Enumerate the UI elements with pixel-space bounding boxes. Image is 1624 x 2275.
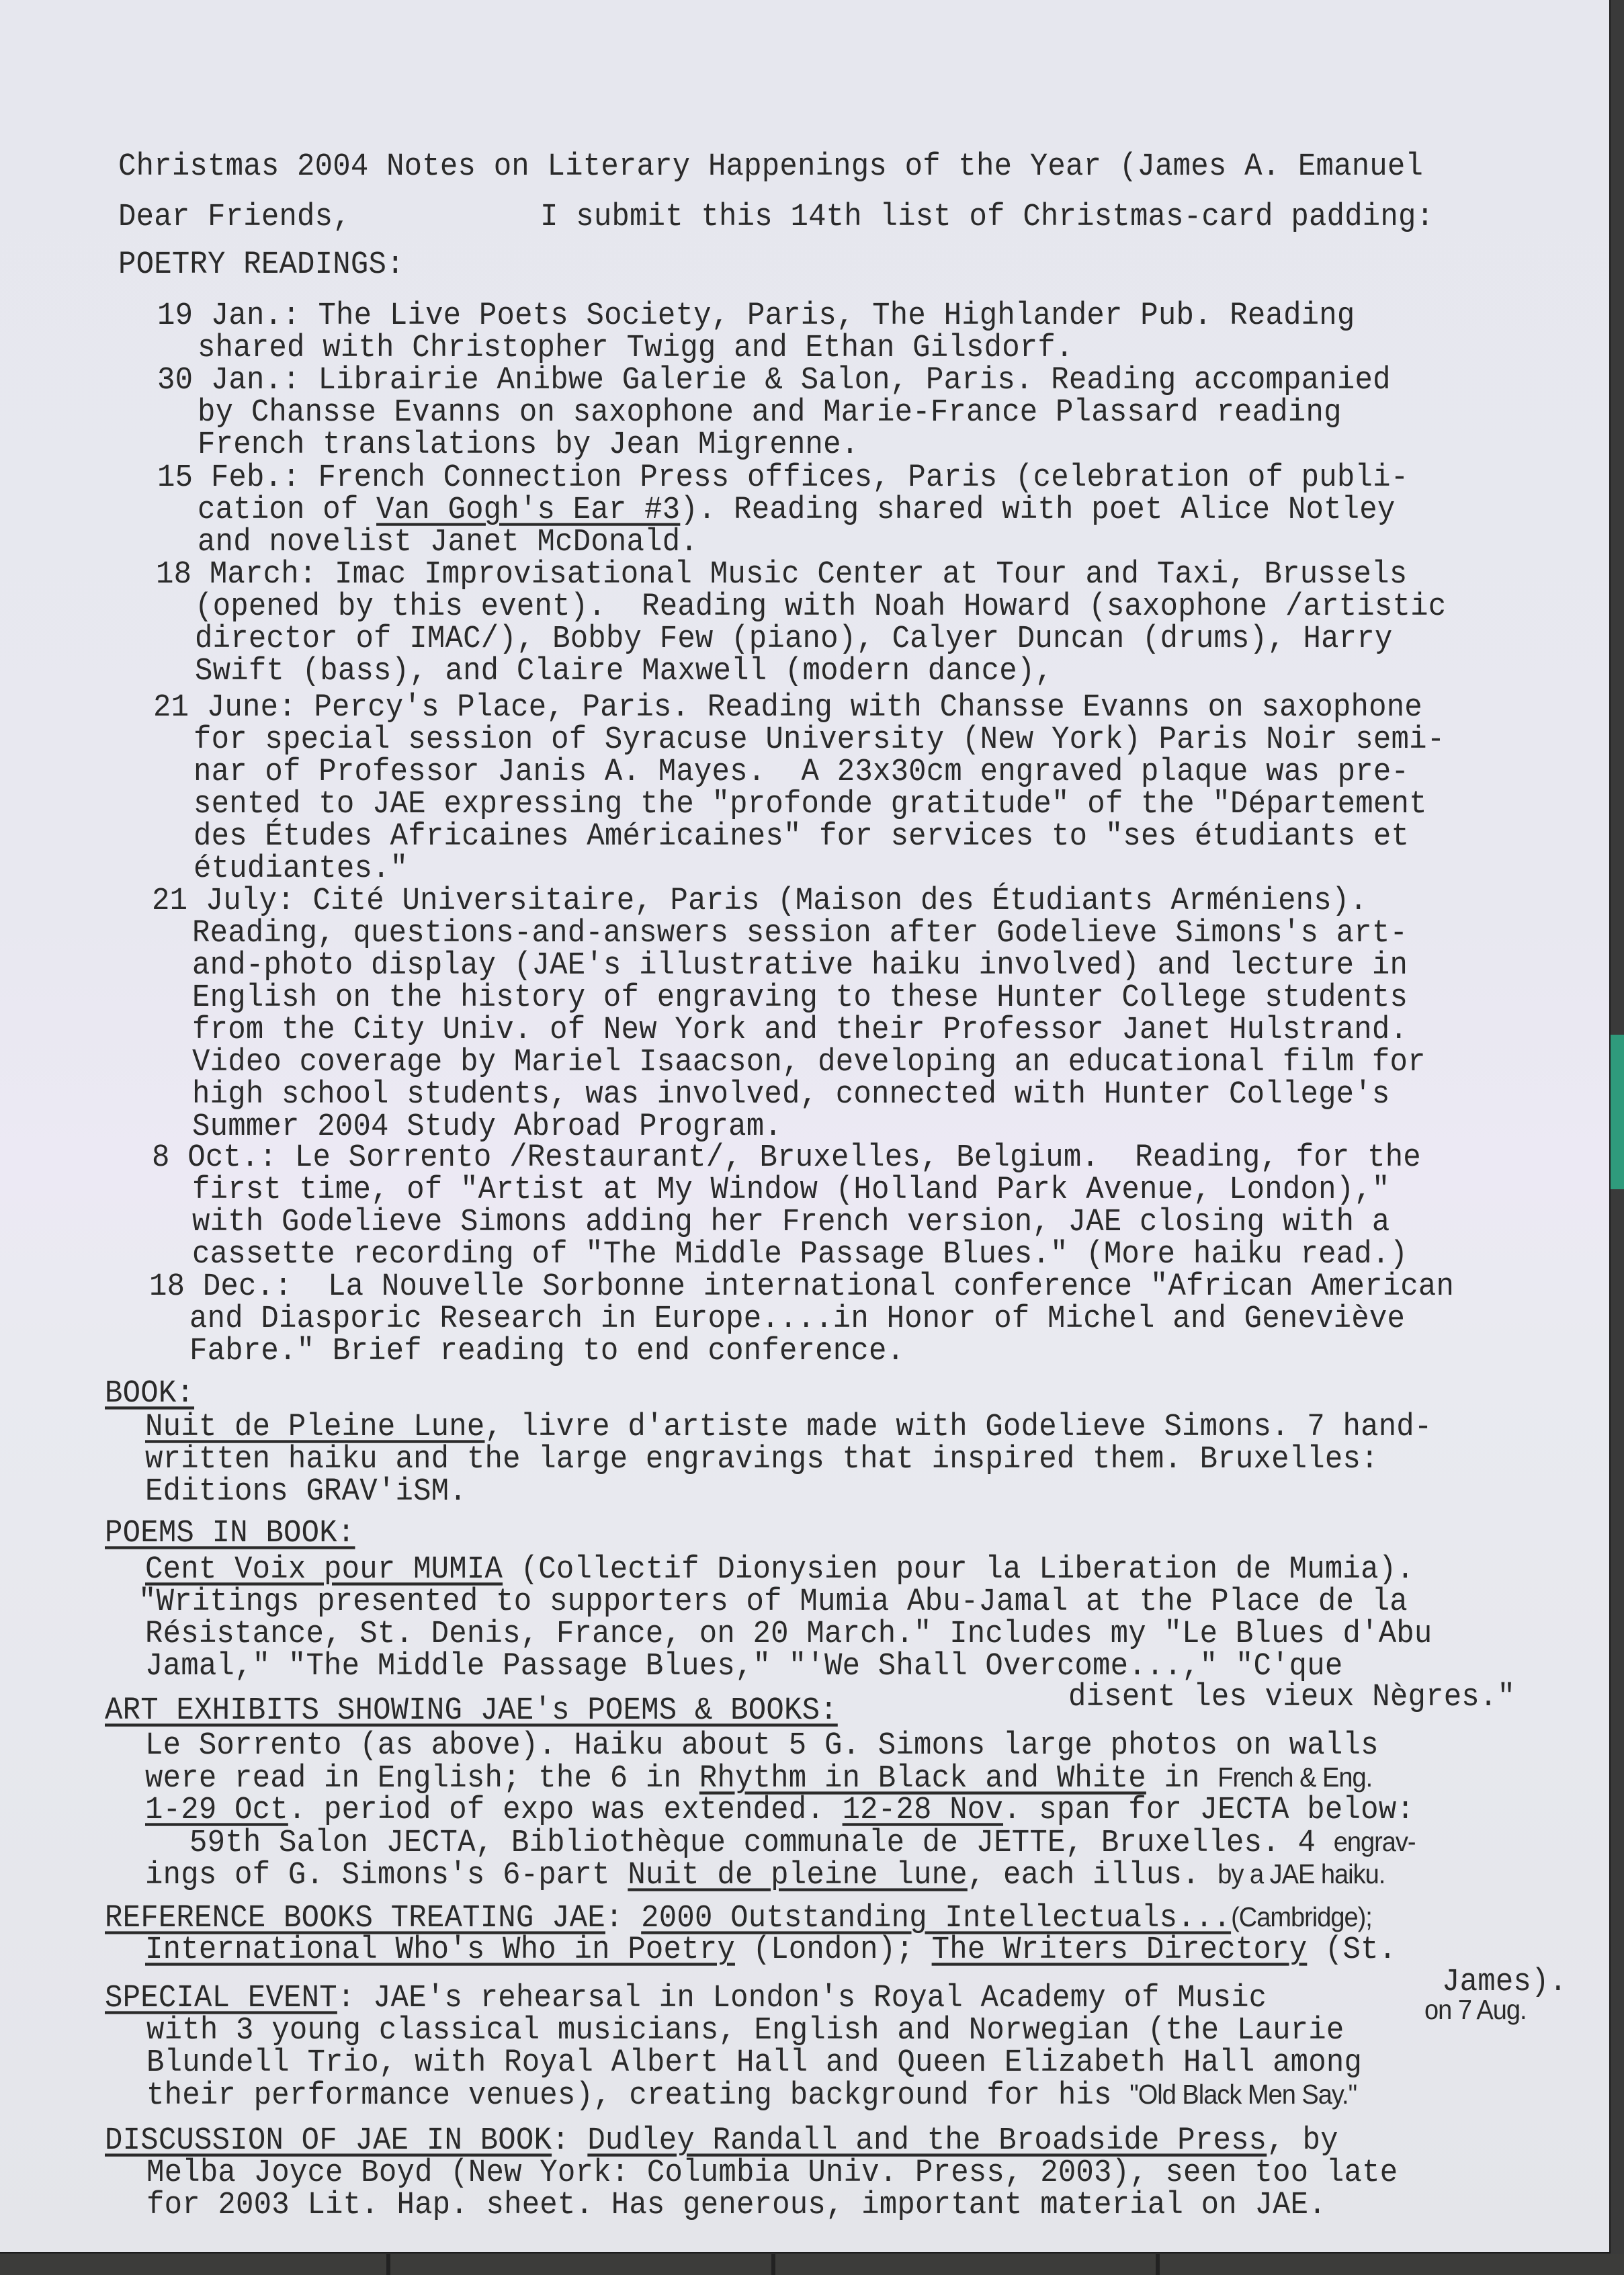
reading-entry-15-feb: 15 Feb.: French Connection Press offices… bbox=[157, 460, 1408, 495]
background-table-edge bbox=[0, 2254, 1624, 2275]
section-heading-special-event: SPECIAL EVENT bbox=[105, 1980, 337, 2016]
entry-text-line: sented to JAE expressing the "profonde g… bbox=[194, 787, 1427, 822]
entry-text-line: and novelist Janet McDonald. bbox=[198, 525, 698, 560]
entry-text-line: and Diasporic Research in Europe....in H… bbox=[189, 1301, 1405, 1336]
book-title: Nuit de pleine lune bbox=[628, 1857, 967, 1893]
reference-books-entry: REFERENCE BOOKS TREATING JAE: 2000 Outst… bbox=[105, 1900, 1372, 1936]
entry-date: 21 June: bbox=[153, 689, 296, 726]
entry-text-line: Video coverage by Mariel Isaacson, devel… bbox=[192, 1045, 1426, 1080]
entry-text-line: from the City Univ. of New York and thei… bbox=[192, 1013, 1408, 1047]
reading-entry-18-march: 18 March: Imac Improvisational Music Cen… bbox=[156, 557, 1407, 592]
book-title: Rhythm in Black and White bbox=[699, 1760, 1146, 1797]
reading-entry-21-june: 21 June: Percy's Place, Paris. Reading w… bbox=[153, 690, 1422, 725]
book-text-line: Editions GRAV'iSM. bbox=[145, 1474, 467, 1509]
special-event-text-line: their performance venues), creating back… bbox=[146, 2077, 1357, 2113]
entry-text-line: (opened by this event). Reading with Noa… bbox=[195, 589, 1446, 624]
handwritten-note: engrav- bbox=[1334, 1827, 1416, 1857]
special-event-text-line: with 3 young classical musicians, Englis… bbox=[146, 2013, 1344, 2048]
reading-entry-19-jan: 19 Jan.: The Live Poets Society, Paris, … bbox=[157, 298, 1355, 333]
entry-text-line: with Godelieve Simons adding her French … bbox=[192, 1205, 1390, 1240]
section-heading-reference-books: REFERENCE BOOKS TREATING JAE bbox=[105, 1900, 605, 1936]
entry-text-line: nar of Professor Janis A. Mayes. A 23x30… bbox=[194, 755, 1409, 789]
reading-entry-8-oct: 8 Oct.: Le Sorrento /Restaurant/, Bruxel… bbox=[152, 1140, 1421, 1175]
handwritten-note: French & Eng. bbox=[1217, 1762, 1372, 1793]
greeting: Dear Friends, bbox=[118, 200, 351, 234]
discussion-text-line: for 2003 Lit. Hap. sheet. Has generous, … bbox=[146, 2188, 1326, 2223]
entry-text-line: for special session of Syracuse Universi… bbox=[194, 722, 1445, 757]
special-event-entry: SPECIAL EVENT: JAE's rehearsal in London… bbox=[105, 1981, 1267, 2016]
handwritten-note: (Cambridge); bbox=[1231, 1902, 1372, 1932]
entry-date: 19 Jan.: bbox=[157, 298, 300, 334]
entry-text-line: des Études Africaines Américaines" for s… bbox=[194, 819, 1409, 854]
entry-text-line: Reading, questions-and-answers session a… bbox=[192, 916, 1408, 951]
entry-text-line: and-photo display (JAE's illustrative ha… bbox=[192, 948, 1408, 983]
book-title: Nuit de Pleine Lune bbox=[145, 1409, 484, 1445]
section-heading-discussion: DISCUSSION OF JAE IN BOOK bbox=[105, 2122, 552, 2159]
entry-text-line: by Chansse Evanns on saxophone and Marie… bbox=[198, 395, 1342, 430]
anthology-title: Cent Voix pour MUMIA bbox=[145, 1551, 503, 1588]
entry-text-line: French translations by Jean Migrenne. bbox=[198, 427, 859, 462]
section-heading-book: BOOK: bbox=[105, 1376, 194, 1411]
art-exhibit-text-line: Le Sorrento (as above). Haiku about 5 G.… bbox=[145, 1728, 1379, 1763]
entry-text-line: Swift (bass), and Claire Maxwell (modern… bbox=[195, 654, 1053, 689]
entry-date: 15 Feb.: bbox=[157, 460, 300, 496]
discussed-book-title: Dudley Randall and the Broadside Press bbox=[587, 2122, 1267, 2159]
section-heading-poems-in-book: POEMS IN BOOK: bbox=[105, 1516, 355, 1551]
book-text-line: written haiku and the large engravings t… bbox=[145, 1442, 1379, 1477]
entry-text-line: Fabre." Brief reading to end conference. bbox=[189, 1334, 904, 1369]
handwritten-note: on 7 Aug. bbox=[1424, 1993, 1527, 2028]
poems-text-line: disent les vieux Nègres." bbox=[1068, 1680, 1515, 1715]
reference-title: The Writers Directory bbox=[932, 1932, 1308, 1968]
art-exhibit-text-line: 59th Salon JECTA, Bibliothèque communale… bbox=[189, 1825, 1416, 1860]
entry-date: 30 Jan.: bbox=[157, 362, 300, 398]
reading-entry-18-dec: 18 Dec.: La Nouvelle Sorbonne internatio… bbox=[149, 1269, 1454, 1304]
art-exhibit-text-line: ings of G. Simons's 6-part Nuit de plein… bbox=[145, 1857, 1385, 1893]
reading-entry-30-jan: 30 Jan.: Librairie Anibwe Galerie & Salo… bbox=[157, 363, 1391, 398]
poems-in-book-entry: Cent Voix pour MUMIA (Collectif Dionysie… bbox=[145, 1552, 1414, 1587]
section-heading-art-exhibits: ART EXHIBITS SHOWING JAE's POEMS & BOOKS… bbox=[105, 1693, 838, 1728]
entry-text-line: English on the history of engraving to t… bbox=[192, 980, 1408, 1015]
entry-text-line: étudiantes." bbox=[194, 851, 408, 886]
special-event-text-line: Blundell Trio, with Royal Albert Hall an… bbox=[146, 2045, 1362, 2080]
entry-date: 8 Oct.: bbox=[152, 1140, 277, 1176]
entry-date: 21 July: bbox=[152, 883, 295, 919]
poems-text-line: Résistance, St. Denis, France, on 20 Mar… bbox=[145, 1617, 1433, 1651]
exhibit-dates: 12-28 Nov bbox=[843, 1792, 1003, 1828]
entry-date: 18 Dec.: bbox=[149, 1269, 292, 1305]
document-title: Christmas 2004 Notes on Literary Happeni… bbox=[118, 149, 1423, 184]
typewritten-letter-page: Christmas 2004 Notes on Literary Happeni… bbox=[0, 0, 1611, 2253]
intro-text: I submit this 14th list of Christmas-car… bbox=[540, 200, 1434, 234]
poems-text-line: "Writings presented to supporters of Mum… bbox=[138, 1584, 1408, 1619]
reference-title: 2000 Outstanding Intellectuals... bbox=[641, 1900, 1231, 1936]
entry-text-line: cation of Van Gogh's Ear #3). Reading sh… bbox=[198, 492, 1396, 527]
entry-text-line: cassette recording of "The Middle Passag… bbox=[192, 1237, 1408, 1272]
exhibit-dates: 1-29 Oct bbox=[145, 1792, 288, 1828]
discussion-entry: DISCUSSION OF JAE IN BOOK: Dudley Randal… bbox=[105, 2123, 1338, 2158]
reading-entry-21-july: 21 July: Cité Universitaire, Paris (Mais… bbox=[152, 884, 1367, 918]
entry-date: 18 March: bbox=[156, 556, 316, 593]
entry-text-line: director of IMAC/), Bobby Few (piano), C… bbox=[195, 621, 1393, 656]
reference-title: International Who's Who in Poetry bbox=[145, 1932, 735, 1968]
handwritten-note: by a JAE haiku. bbox=[1217, 1859, 1385, 1889]
art-exhibit-text-line: 1-29 Oct. period of expo was extended. 1… bbox=[145, 1793, 1414, 1828]
section-heading-poetry-readings: POETRY READINGS: bbox=[118, 247, 404, 282]
discussion-text-line: Melba Joyce Boyd (New York: Columbia Uni… bbox=[146, 2155, 1398, 2190]
publication-title: Van Gogh's Ear #3 bbox=[376, 492, 680, 528]
reference-books-line: International Who's Who in Poetry (Londo… bbox=[145, 1932, 1396, 1967]
entry-text-line: first time, of "Artist at My Window (Hol… bbox=[192, 1172, 1390, 1207]
art-exhibit-text-line: were read in English; the 6 in Rhythm in… bbox=[145, 1760, 1372, 1796]
book-entry: Nuit de Pleine Lune, livre d'artiste mad… bbox=[145, 1410, 1433, 1445]
handwritten-note: "Old Black Men Say." bbox=[1129, 2079, 1357, 2110]
entry-text-line: high school students, was involved, conn… bbox=[192, 1077, 1390, 1112]
entry-text-line: shared with Christopher Twigg and Ethan … bbox=[198, 331, 1074, 366]
